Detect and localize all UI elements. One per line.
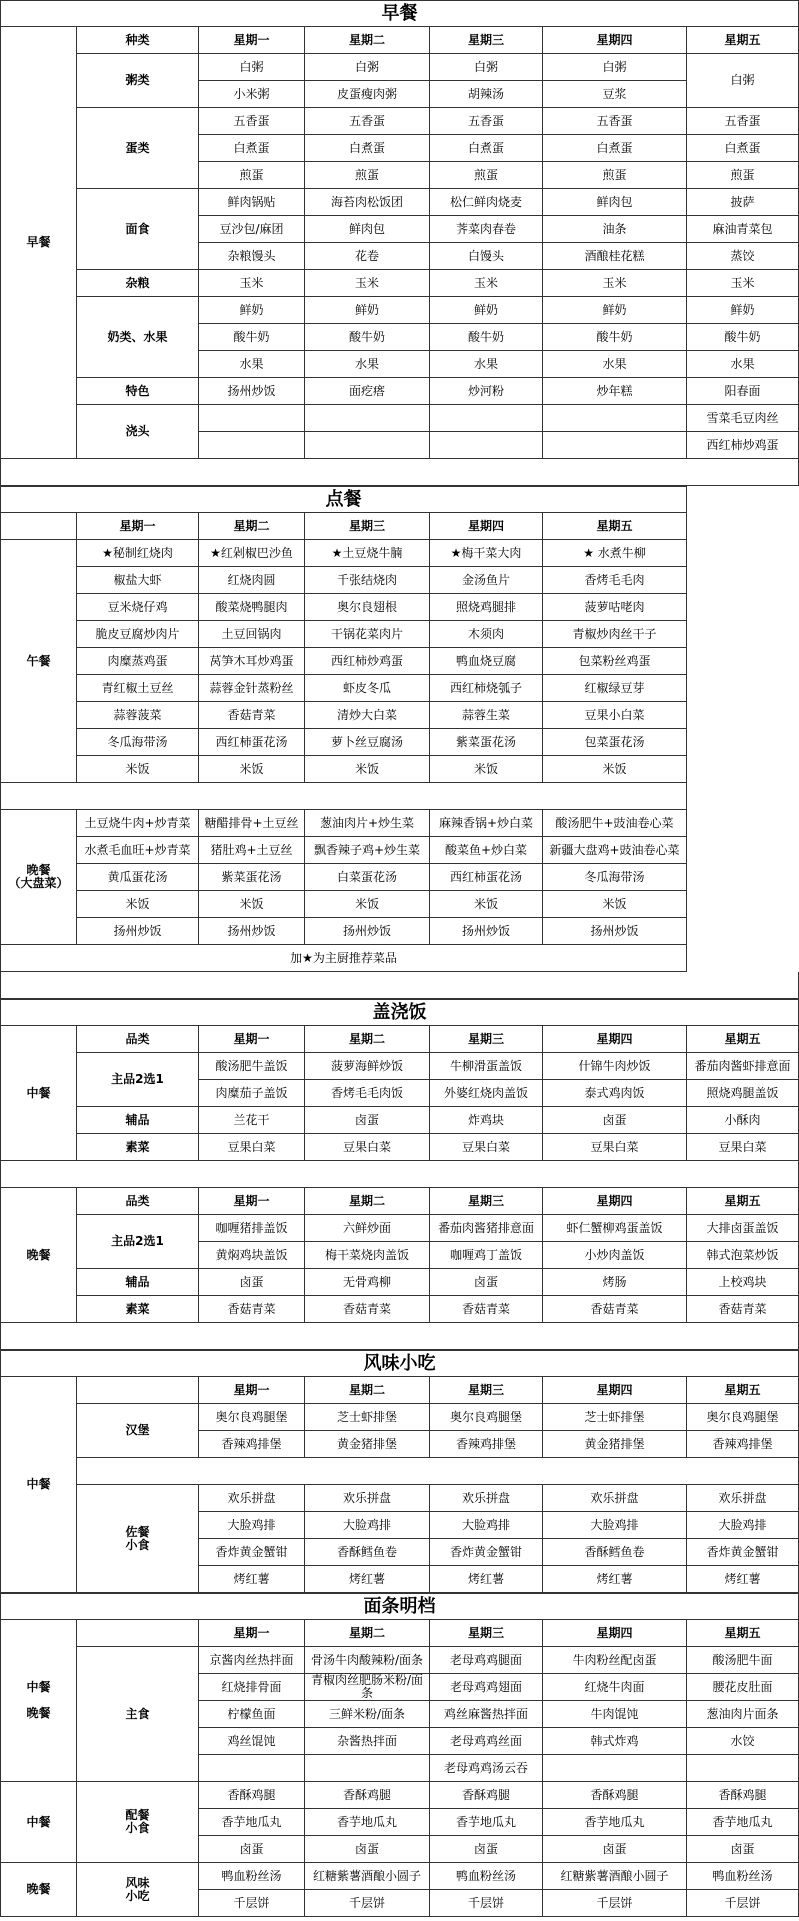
menu-cell: 香菇青菜	[543, 1296, 687, 1323]
menu-cell: 老母鸡鸡丝面	[430, 1728, 543, 1755]
column-header-day: 星期五	[687, 1026, 799, 1053]
menu-cell: 大脸鸡排	[199, 1512, 305, 1539]
menu-cell: 卤蛋	[430, 1269, 543, 1296]
menu-cell: 番茄肉酱虾排意面	[687, 1053, 799, 1080]
column-header-day: 星期一	[199, 27, 305, 54]
menu-cell: 扬州炒饭	[430, 918, 543, 945]
column-header-day: 星期四	[543, 27, 687, 54]
menu-cell: 鸡丝麻酱热拌面	[430, 1701, 543, 1728]
menu-cell: 烤红薯	[199, 1566, 305, 1593]
meal-label: 早餐	[0, 27, 77, 459]
column-header-day: 星期二	[305, 27, 430, 54]
menu-cell: 韩式炸鸡	[543, 1728, 687, 1755]
meal-label-lunch-dinner: 中餐 晚餐	[0, 1620, 77, 1782]
menu-cell: 西红柿炒鸡蛋	[687, 432, 799, 459]
menu-cell: 水果	[430, 351, 543, 378]
column-header-day: 星期一	[77, 513, 199, 540]
menu-cell: 飘香辣子鸡+炒生菜	[305, 837, 430, 864]
menu-cell: 大脸鸡排	[430, 1512, 543, 1539]
menu-cell: 韩式泡菜炒饭	[687, 1242, 799, 1269]
menu-sheet: 早餐种类星期一星期二星期三星期四星期五粥类白粥白粥白粥白粥白粥小米粥皮蛋瘦肉粥胡…	[0, 0, 799, 1921]
menu-cell: 煎蛋	[543, 162, 687, 189]
menu-cell: 米饭	[77, 891, 199, 918]
menu-cell: 牛肉馄饨	[543, 1701, 687, 1728]
category-label: 浇头	[77, 405, 199, 459]
menu-cell: 奥尔良翅根	[305, 594, 430, 621]
meal-label-dinner: 晚餐	[0, 1188, 77, 1323]
menu-cell: 奥尔良鸡腿堡	[687, 1404, 799, 1431]
section-title-rice-bowl: 盖浇饭	[0, 999, 799, 1026]
menu-cell: 酸牛奶	[543, 324, 687, 351]
menu-cell: 白粥	[430, 54, 543, 81]
menu-cell: 牛肉粉丝配卤蛋	[543, 1647, 687, 1674]
menu-cell: 大脸鸡排	[687, 1512, 799, 1539]
menu-cell: 红椒绿豆芽	[543, 675, 687, 702]
menu-cell: 千层饼	[199, 1890, 305, 1917]
menu-cell: 照烧鸡腿排	[430, 594, 543, 621]
menu-cell: 金汤鱼片	[430, 567, 543, 594]
meal-label-dinner: 晚餐	[0, 1863, 77, 1917]
menu-cell: ★土豆烧牛腩	[305, 540, 430, 567]
menu-cell: 香酥鳕鱼卷	[543, 1539, 687, 1566]
column-header-day: 星期四	[543, 1026, 687, 1053]
menu-cell: 欢乐拼盘	[687, 1485, 799, 1512]
menu-cell: 香菇青菜	[199, 702, 305, 729]
menu-cell: 扬州炒饭	[543, 918, 687, 945]
menu-cell: 鲜肉锅贴	[199, 189, 305, 216]
menu-cell	[543, 405, 687, 432]
menu-cell: 骨汤牛肉酸辣粉/面条	[305, 1647, 430, 1674]
menu-cell: 包菜粉丝鸡蛋	[543, 648, 687, 675]
menu-cell: 杂粮馒头	[199, 243, 305, 270]
column-header-category: 品类	[77, 1188, 199, 1215]
menu-cell: 蒜蓉金针蒸粉丝	[199, 675, 305, 702]
column-header-day: 星期五	[687, 1620, 799, 1647]
menu-cell: 水果	[687, 351, 799, 378]
menu-cell: 玉米	[430, 270, 543, 297]
menu-cell: 豆果白菜	[199, 1134, 305, 1161]
menu-cell: 水果	[305, 351, 430, 378]
menu-cell: 五香蛋	[687, 108, 799, 135]
menu-cell: 玉米	[305, 270, 430, 297]
menu-cell: 白煮蛋	[687, 135, 799, 162]
menu-cell: 干锅花菜肉片	[305, 621, 430, 648]
column-header-day: 星期三	[430, 1188, 543, 1215]
menu-cell: 上校鸡块	[687, 1269, 799, 1296]
menu-cell: 泰式鸡肉饭	[543, 1080, 687, 1107]
menu-cell: 香酥鳕鱼卷	[305, 1539, 430, 1566]
menu-cell: 腰花皮肚面	[687, 1674, 799, 1701]
menu-cell: 西红柿烧瓠子	[430, 675, 543, 702]
menu-cell: 水果	[543, 351, 687, 378]
menu-cell: 炒年糕	[543, 378, 687, 405]
menu-cell: 香芋地瓜丸	[687, 1809, 799, 1836]
menu-cell: 香酥鸡腿	[199, 1782, 305, 1809]
menu-cell: 柠檬鱼面	[199, 1701, 305, 1728]
menu-cell: 鸭血粉丝汤	[430, 1863, 543, 1890]
column-header-day: 星期二	[305, 1620, 430, 1647]
menu-cell: 酒酿桂花糕	[543, 243, 687, 270]
menu-cell: 香芋地瓜丸	[543, 1809, 687, 1836]
menu-cell: 煎蛋	[430, 162, 543, 189]
menu-cell: 米饭	[199, 756, 305, 783]
menu-cell: 小酥肉	[687, 1107, 799, 1134]
menu-cell: 冬瓜海带汤	[77, 729, 199, 756]
menu-cell: 香炸黄金蟹钳	[199, 1539, 305, 1566]
menu-cell: 米饭	[305, 891, 430, 918]
category-label: 配餐 小食	[77, 1782, 199, 1863]
spacer-row	[0, 1323, 799, 1350]
menu-cell: 木须肉	[430, 621, 543, 648]
menu-cell: 煎蛋	[199, 162, 305, 189]
menu-cell: 香菇青菜	[430, 1296, 543, 1323]
menu-cell: 牛柳滑蛋盖饭	[430, 1053, 543, 1080]
menu-cell: 卤蛋	[305, 1836, 430, 1863]
menu-cell: 照烧鸡腿盖饭	[687, 1080, 799, 1107]
menu-cell: 欢乐拼盘	[430, 1485, 543, 1512]
menu-cell: 香辣鸡排堡	[687, 1431, 799, 1458]
menu-cell: 白粥	[199, 54, 305, 81]
menu-cell: 酸菜烧鸭腿肉	[199, 594, 305, 621]
category-label: 奶类、水果	[77, 297, 199, 378]
menu-cell: 卤蛋	[305, 1107, 430, 1134]
menu-cell: 红烧牛肉面	[543, 1674, 687, 1701]
menu-cell: 白煮蛋	[543, 135, 687, 162]
category-label: 粥类	[77, 54, 199, 108]
category-label: 杂粮	[77, 270, 199, 297]
menu-cell: 香芋地瓜丸	[305, 1809, 430, 1836]
section-title-a-la-carte: 点餐	[0, 486, 687, 513]
menu-cell: 豆果白菜	[543, 1134, 687, 1161]
menu-cell: 五香蛋	[305, 108, 430, 135]
menu-cell: 菠萝咕咾肉	[543, 594, 687, 621]
menu-cell: 烤红薯	[305, 1566, 430, 1593]
menu-cell: 水煮毛血旺+炒青菜	[77, 837, 199, 864]
menu-cell: 白粥	[543, 54, 687, 81]
category-label: 辅品	[77, 1107, 199, 1134]
menu-cell: 老母鸡鸡翅面	[430, 1674, 543, 1701]
menu-cell: 松仁鲜肉烧麦	[430, 189, 543, 216]
menu-cell: 小炒肉盖饭	[543, 1242, 687, 1269]
menu-cell: ★梅干菜大肉	[430, 540, 543, 567]
menu-cell: 鸭血粉丝汤	[687, 1863, 799, 1890]
column-header-day: 星期五	[543, 513, 687, 540]
menu-cell: 皮蛋瘦肉粥	[305, 81, 430, 108]
menu-cell: 鸡丝馄饨	[199, 1728, 305, 1755]
menu-cell: 小米粥	[199, 81, 305, 108]
meal-label-lunch: 中餐	[0, 1026, 77, 1161]
menu-cell: 米饭	[199, 891, 305, 918]
section-title-breakfast: 早餐	[0, 0, 799, 27]
menu-cell: 土豆烧牛肉+炒青菜	[77, 810, 199, 837]
menu-cell: 煎蛋	[687, 162, 799, 189]
menu-cell: 阳春面	[687, 378, 799, 405]
column-header-day: 星期五	[687, 27, 799, 54]
menu-cell: 煎蛋	[305, 162, 430, 189]
menu-cell: 酸汤肥牛盖饭	[199, 1053, 305, 1080]
menu-cell: 莴笋木耳炒鸡蛋	[199, 648, 305, 675]
menu-cell: 卤蛋	[199, 1269, 305, 1296]
menu-cell: ★秘制红烧肉	[77, 540, 199, 567]
menu-cell: 老母鸡鸡汤云吞	[430, 1755, 543, 1782]
column-header-day: 星期四	[543, 1377, 687, 1404]
menu-cell: 千层饼	[543, 1890, 687, 1917]
menu-cell: 白煮蛋	[199, 135, 305, 162]
menu-cell: 红烧排骨面	[199, 1674, 305, 1701]
menu-cell: 白馒头	[430, 243, 543, 270]
menu-cell: 酸牛奶	[305, 324, 430, 351]
menu-cell: 卤蛋	[199, 1836, 305, 1863]
menu-cell: 猪肚鸡+土豆丝	[199, 837, 305, 864]
column-header-day: 星期一	[199, 1377, 305, 1404]
menu-cell: 蒜蓉生菜	[430, 702, 543, 729]
column-header-day: 星期二	[305, 1377, 430, 1404]
column-header-day: 星期五	[687, 1188, 799, 1215]
column-header-category: 种类	[77, 27, 199, 54]
header-corner	[0, 513, 77, 540]
category-label: 面食	[77, 189, 199, 270]
menu-cell: 黄焖鸡块盖饭	[199, 1242, 305, 1269]
menu-cell	[543, 1755, 687, 1782]
menu-cell	[199, 405, 305, 432]
menu-cell: 千张结烧肉	[305, 567, 430, 594]
column-header-day: 星期一	[199, 1620, 305, 1647]
chef-recommend-note: 加★为主厨推荐菜品	[0, 945, 687, 972]
column-header-day: 星期五	[687, 1377, 799, 1404]
column-header-day: 星期一	[199, 1026, 305, 1053]
menu-cell: 豆果白菜	[430, 1134, 543, 1161]
menu-cell	[305, 432, 430, 459]
menu-cell: 卤蛋	[430, 1836, 543, 1863]
menu-cell: 荠菜肉春卷	[430, 216, 543, 243]
menu-cell: 酸汤肥牛+豉油卷心菜	[543, 810, 687, 837]
menu-cell: 香菇青菜	[199, 1296, 305, 1323]
menu-cell: 老母鸡鸡腿面	[430, 1647, 543, 1674]
menu-cell	[305, 405, 430, 432]
section-title-snacks: 风味小吃	[0, 1350, 799, 1377]
menu-cell: 鲜肉包	[543, 189, 687, 216]
menu-cell: 卤蛋	[687, 1836, 799, 1863]
menu-cell: 三鲜米粉/面条	[305, 1701, 430, 1728]
menu-cell: 豆米烧仔鸡	[77, 594, 199, 621]
category-label: 主品2选1	[77, 1053, 199, 1107]
category-label: 佐餐 小食	[77, 1485, 199, 1593]
meal-label-lunch: 中餐	[0, 1782, 77, 1863]
menu-cell: 鲜奶	[687, 297, 799, 324]
menu-cell: 冬瓜海带汤	[543, 864, 687, 891]
menu-cell: 香芋地瓜丸	[199, 1809, 305, 1836]
menu-cell: 蒸饺	[687, 243, 799, 270]
column-header-day: 星期二	[305, 1026, 430, 1053]
menu-cell: 千层饼	[430, 1890, 543, 1917]
menu-cell: 豆果白菜	[687, 1134, 799, 1161]
meal-label-lunch: 中餐	[0, 1377, 77, 1593]
menu-cell: 扬州炒饭	[77, 918, 199, 945]
menu-cell: 五香蛋	[430, 108, 543, 135]
menu-cell: 水果	[199, 351, 305, 378]
menu-cell: 千层饼	[687, 1890, 799, 1917]
menu-cell: 千层饼	[305, 1890, 430, 1917]
menu-cell: 玉米	[199, 270, 305, 297]
menu-cell: 米饭	[430, 891, 543, 918]
menu-cell: 烤红薯	[430, 1566, 543, 1593]
menu-cell: 白煮蛋	[430, 135, 543, 162]
column-header-category: 品类	[77, 1026, 199, 1053]
menu-cell: 青红椒土豆丝	[77, 675, 199, 702]
menu-cell: 米饭	[543, 891, 687, 918]
menu-cell: 红糖紫薯酒酿小圆子	[543, 1863, 687, 1890]
menu-cell: 青椒肉丝肥肠米粉/面条	[305, 1674, 430, 1701]
menu-cell: 米饭	[430, 756, 543, 783]
menu-cell: 京酱肉丝热拌面	[199, 1647, 305, 1674]
category-label: 素菜	[77, 1296, 199, 1323]
menu-cell: 香烤毛毛肉饭	[305, 1080, 430, 1107]
menu-cell: 香菇青菜	[305, 1296, 430, 1323]
spacer-row	[0, 1161, 799, 1188]
header-corner	[77, 1377, 199, 1404]
menu-cell: 脆皮豆腐炒肉片	[77, 621, 199, 648]
menu-cell: 白粥	[687, 54, 799, 108]
menu-cell: 杂酱热拌面	[305, 1728, 430, 1755]
menu-cell: 新疆大盘鸡+豉油卷心菜	[543, 837, 687, 864]
menu-cell: 豆果小白菜	[543, 702, 687, 729]
menu-cell: 豆浆	[543, 81, 687, 108]
spacer-row	[0, 972, 799, 999]
menu-cell: ★红剁椒巴沙鱼	[199, 540, 305, 567]
menu-cell: 米饭	[543, 756, 687, 783]
menu-cell: 玉米	[687, 270, 799, 297]
column-header-day: 星期三	[430, 27, 543, 54]
menu-cell	[199, 432, 305, 459]
menu-cell: 水饺	[687, 1728, 799, 1755]
spacer-row	[0, 459, 799, 486]
menu-cell: 鲜奶	[543, 297, 687, 324]
menu-cell: ★ 水煮牛柳	[543, 540, 687, 567]
menu-cell: 白菜蛋花汤	[305, 864, 430, 891]
column-header-day: 星期二	[305, 1188, 430, 1215]
menu-cell: 香酥鸡腿	[430, 1782, 543, 1809]
section-title-noodles: 面条明档	[0, 1593, 799, 1620]
menu-cell: 芝士虾排堡	[543, 1404, 687, 1431]
menu-cell: 香炸黄金蟹钳	[430, 1539, 543, 1566]
menu-cell: 鲜肉包	[305, 216, 430, 243]
menu-cell: 五香蛋	[199, 108, 305, 135]
menu-cell: 香酥鸡腿	[543, 1782, 687, 1809]
category-label: 主食	[77, 1647, 199, 1782]
menu-cell: 糖醋排骨+土豆丝	[199, 810, 305, 837]
menu-cell: 西红柿炒鸡蛋	[305, 648, 430, 675]
menu-cell: 米饭	[77, 756, 199, 783]
menu-cell: 萝卜丝豆腐汤	[305, 729, 430, 756]
menu-cell: 番茄肉酱猪排意面	[430, 1215, 543, 1242]
menu-cell	[430, 405, 543, 432]
menu-cell: 胡辣汤	[430, 81, 543, 108]
menu-cell: 肉糜茄子盖饭	[199, 1080, 305, 1107]
menu-cell: 青椒炒肉丝干子	[543, 621, 687, 648]
menu-cell: 鲜奶	[199, 297, 305, 324]
menu-cell: 香辣鸡排堡	[430, 1431, 543, 1458]
menu-cell: 香酥鸡腿	[687, 1782, 799, 1809]
menu-cell: 六鲜炒面	[305, 1215, 430, 1242]
menu-cell	[543, 432, 687, 459]
header-corner	[77, 1620, 199, 1647]
menu-cell: 大脸鸡排	[305, 1512, 430, 1539]
column-header-day: 星期三	[430, 1377, 543, 1404]
menu-cell: 红糖紫薯酒酿小圆子	[305, 1863, 430, 1890]
category-label: 特色	[77, 378, 199, 405]
menu-cell: 酸牛奶	[199, 324, 305, 351]
menu-cell: 豆沙包/麻团	[199, 216, 305, 243]
menu-cell: 酸汤肥牛面	[687, 1647, 799, 1674]
column-header-day: 星期三	[430, 1026, 543, 1053]
menu-cell: 葱油肉片+炒生菜	[305, 810, 430, 837]
menu-cell: 炒河粉	[430, 378, 543, 405]
menu-cell: 虾仁蟹柳鸡蛋盖饭	[543, 1215, 687, 1242]
menu-cell: 酸牛奶	[687, 324, 799, 351]
menu-cell: 麻油青菜包	[687, 216, 799, 243]
menu-cell: 蒜蓉菠菜	[77, 702, 199, 729]
menu-cell: 扬州炒饭	[199, 918, 305, 945]
menu-cell: 欢乐拼盘	[305, 1485, 430, 1512]
menu-cell: 红烧肉圆	[199, 567, 305, 594]
menu-cell	[687, 1755, 799, 1782]
menu-cell: 披萨	[687, 189, 799, 216]
menu-cell: 椒盐大虾	[77, 567, 199, 594]
spacer-row	[77, 1458, 799, 1485]
meal-label-dinner: 晚餐 （大盘菜）	[0, 810, 77, 945]
menu-cell: 外婆红烧肉盖饭	[430, 1080, 543, 1107]
column-header-day: 星期三	[305, 513, 430, 540]
menu-cell: 黄金猪排堡	[543, 1431, 687, 1458]
menu-cell: 扬州炒饭	[199, 378, 305, 405]
category-label: 主品2选1	[77, 1215, 199, 1269]
menu-cell	[305, 1755, 430, 1782]
menu-cell: 玉米	[543, 270, 687, 297]
menu-cell	[430, 432, 543, 459]
menu-cell: 欢乐拼盘	[199, 1485, 305, 1512]
menu-cell: 土豆回锅肉	[199, 621, 305, 648]
menu-cell: 卤蛋	[543, 1836, 687, 1863]
spacer-row	[0, 783, 687, 810]
column-header-day: 星期四	[543, 1620, 687, 1647]
category-label: 辅品	[77, 1269, 199, 1296]
menu-cell: 鸭血粉丝汤	[199, 1863, 305, 1890]
menu-cell: 雪菜毛豆肉丝	[687, 405, 799, 432]
menu-cell: 香炸黄金蟹钳	[687, 1539, 799, 1566]
menu-cell: 酸菜鱼+炒白菜	[430, 837, 543, 864]
category-label: 风味 小吃	[77, 1863, 199, 1917]
menu-cell: 什锦牛肉炒饭	[543, 1053, 687, 1080]
menu-cell: 扬州炒饭	[305, 918, 430, 945]
menu-cell: 卤蛋	[543, 1107, 687, 1134]
menu-cell: 白粥	[305, 54, 430, 81]
menu-cell: 豆果白菜	[305, 1134, 430, 1161]
menu-cell: 面疙瘩	[305, 378, 430, 405]
menu-cell: 西红柿蛋花汤	[199, 729, 305, 756]
column-header-day: 星期二	[199, 513, 305, 540]
column-header-day: 星期四	[430, 513, 543, 540]
menu-cell: 烤肠	[543, 1269, 687, 1296]
menu-cell: 兰花干	[199, 1107, 305, 1134]
menu-cell: 白煮蛋	[305, 135, 430, 162]
column-header-day: 星期三	[430, 1620, 543, 1647]
menu-cell: 海苔肉松饭团	[305, 189, 430, 216]
menu-cell: 西红柿蛋花汤	[430, 864, 543, 891]
column-header-day: 星期一	[199, 1188, 305, 1215]
menu-cell: 菠萝海鲜炒饭	[305, 1053, 430, 1080]
menu-cell: 咖喱鸡丁盖饭	[430, 1242, 543, 1269]
meal-label-lunch: 午餐	[0, 540, 77, 783]
